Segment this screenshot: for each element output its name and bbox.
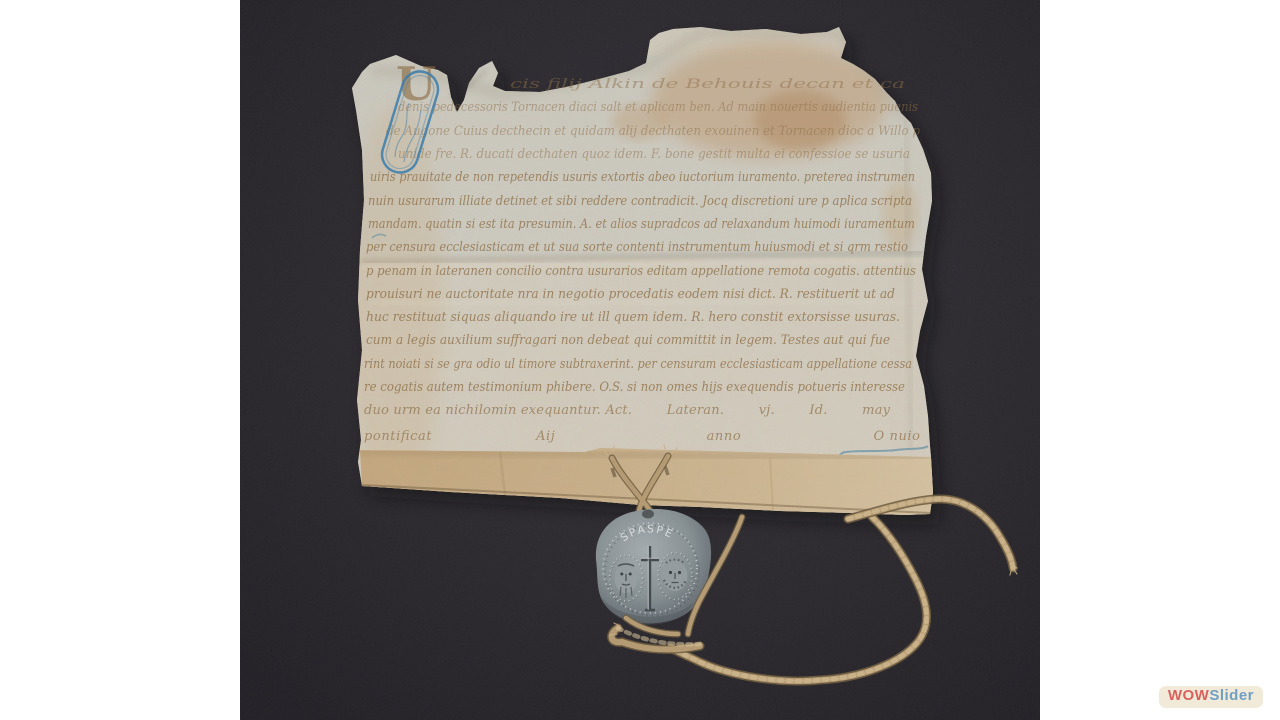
wowslider-watermark[interactable]: WOWSlider	[1159, 686, 1263, 709]
manuscript-line: pontificat Aij anno O nuio	[364, 429, 920, 444]
manuscript-line: de Augone Cuius decthecin et quidam alij…	[386, 124, 921, 139]
manuscript-line: cis filij Alkin de Behouis decan et ca	[510, 77, 905, 92]
manuscript-line: nuin usurarum illiate detinet et sibi re…	[368, 194, 912, 209]
charter-photo-image: U cis filij Alkin de Behouis decan et ca…	[240, 0, 1040, 720]
slider-stage: U cis filij Alkin de Behouis decan et ca…	[0, 0, 1280, 720]
manuscript-line: p penam in lateranen concilio contra usu…	[366, 264, 916, 279]
manuscript-line: cum a legis auxilium suffragari non debe…	[366, 333, 890, 348]
watermark-wow-text: WOW	[1168, 687, 1209, 704]
watermark-slider-text: Slider	[1209, 687, 1254, 704]
manuscript-line: uiris prauitate de non repetendis usuris…	[370, 170, 915, 185]
manuscript-line: unide fre. R. ducati decthaten quoz idem…	[398, 147, 910, 162]
manuscript-line: duo urm ea nichilomin exequantur. Act. L…	[364, 403, 891, 418]
manuscript-line: huc restituat siquas aliquando ire ut il…	[366, 310, 900, 325]
seal-cord-hole	[642, 510, 654, 519]
manuscript-line: mandam. quatin si est ita presumin. A. e…	[368, 217, 915, 232]
manuscript-line: prouisuri ne auctoritate nra in negotio …	[366, 287, 895, 302]
manuscript-line: per censura ecclesiasticam et ut sua sor…	[366, 240, 908, 255]
manuscript-line: re cogatis autem testimonium phibere. O.…	[364, 380, 905, 395]
manuscript-line: denis pedecessoris Tornacen diaci salt e…	[398, 100, 918, 115]
manuscript-line: rint noiati si se gra odio ul timore sub…	[364, 357, 912, 372]
